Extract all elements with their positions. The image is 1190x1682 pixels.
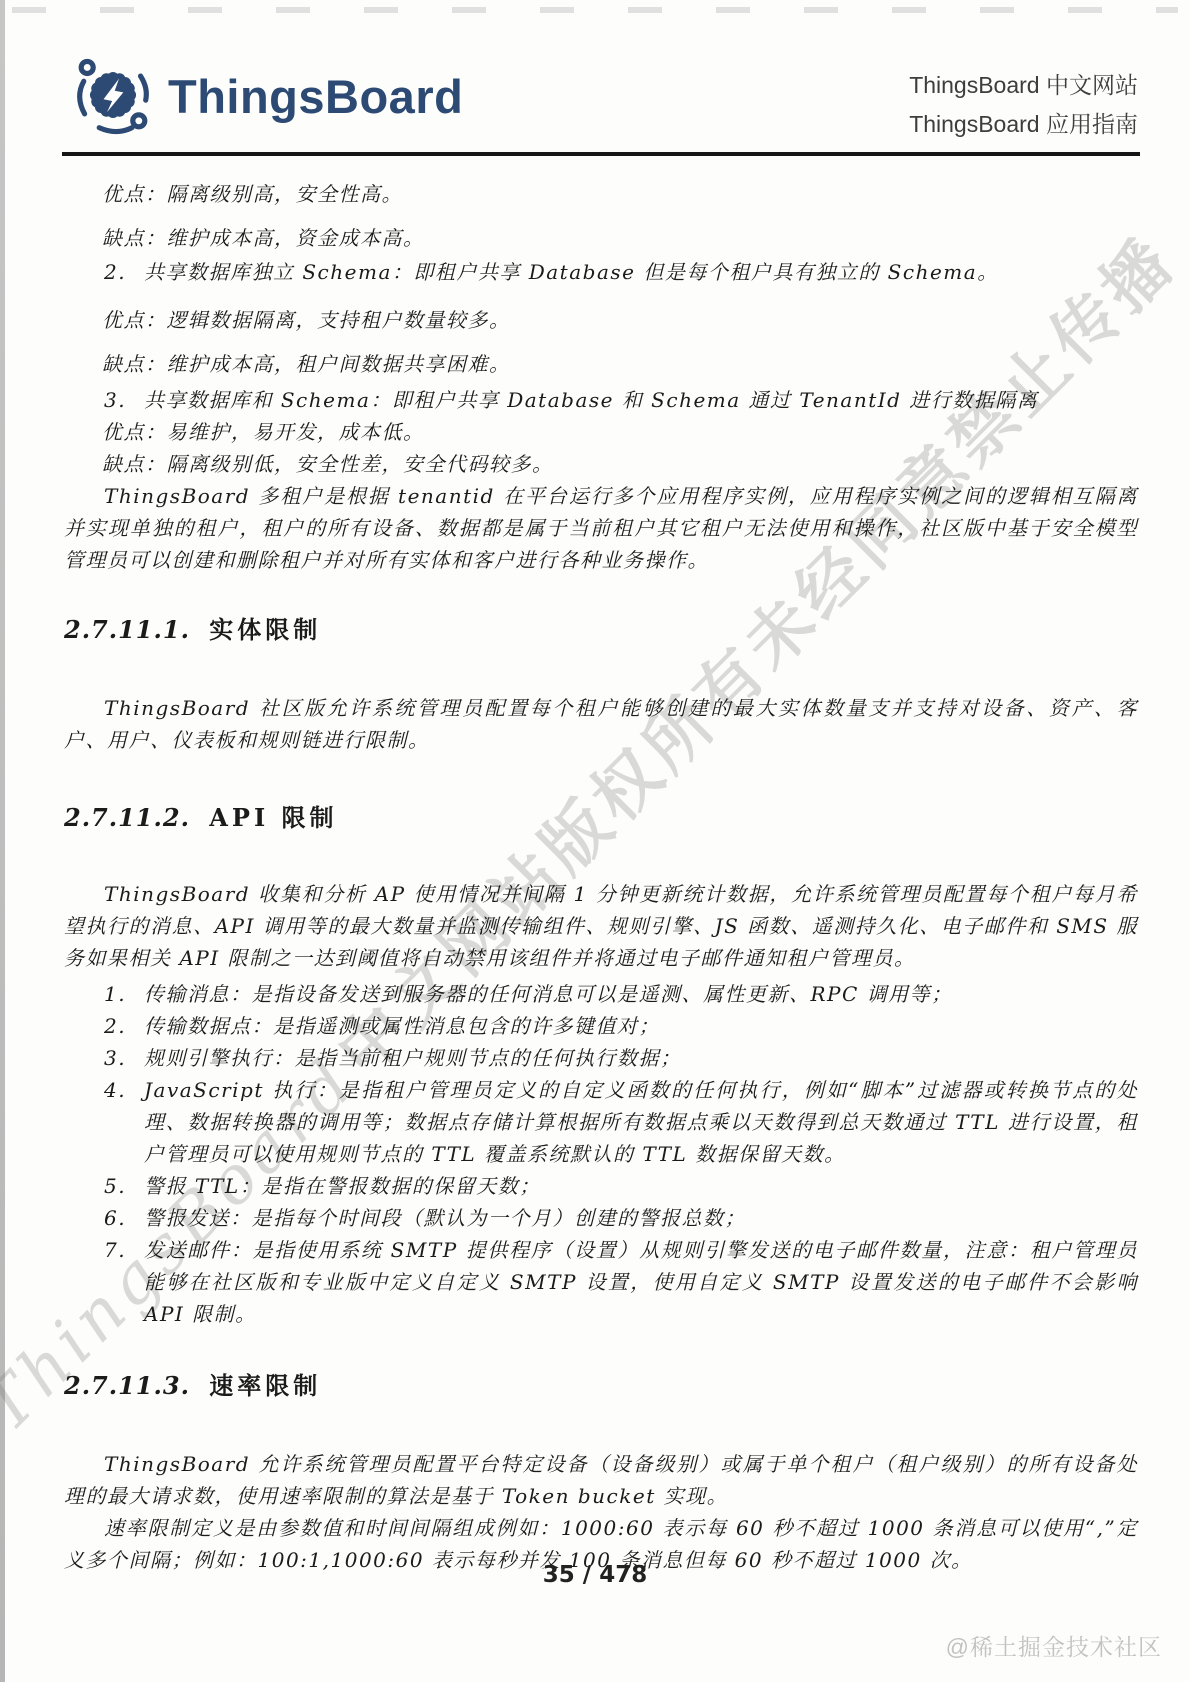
doc-line: 优点：易维护，易开发，成本低。 [64,416,1138,448]
item-text: 传输数据点：是指遥测或属性消息包含的许多键值对； [144,1010,1138,1042]
paragraph: ThingsBoard 多租户是根据 tenantid 在平台运行多个应用程序实… [64,480,1138,576]
list-item: 5. 警报 TTL：是指在警报数据的保留天数； [64,1170,1138,1202]
list-item: 3. 规则引擎执行：是指当前租户规则节点的任何执行数据； [64,1042,1138,1074]
paragraph: ThingsBoard 允许系统管理员配置平台特定设备（设备级别）或属于单个租户… [64,1448,1138,1512]
logo-wordmark: ThingsBoard [168,54,463,140]
heading-number: 2.7.11.3. [64,1371,190,1400]
heading-title: API 限制 [209,803,337,832]
item-text: 发送邮件：是指使用系统 SMTP 提供程序（设置）从规则引擎发送的电子邮件数量，… [144,1234,1138,1330]
heading-number: 2.7.11.1. [64,615,190,644]
list-item: 2. 传输数据点：是指遥测或属性消息包含的许多键值对； [64,1010,1138,1042]
item-text: 共享数据库独立 Schema：即租户共享 Database 但是每个租户具有独立… [144,256,1138,288]
scan-edge-artifact [0,0,5,1682]
doc-line: 优点：逻辑数据隔离，支持租户数量较多。 [64,304,1138,336]
item-number: 5. [104,1170,144,1202]
item-text: 共享数据库和 Schema：即租户共享 Database 和 Schema 通过… [144,384,1138,416]
item-text: 警报发送：是指每个时间段（默认为一个月）创建的警报总数； [144,1202,1138,1234]
thingsboard-logo-icon [70,52,156,142]
section-heading: 2.7.11.1. 实体限制 [64,610,1138,650]
numbered-item: 2. 共享数据库独立 Schema：即租户共享 Database 但是每个租户具… [64,256,1138,288]
doc-line: 缺点：隔离级别低，安全性差，安全代码较多。 [64,448,1138,480]
item-number: 7. [104,1234,144,1330]
doc-line: 缺点：维护成本高，租户间数据共享困难。 [64,348,1138,380]
header-guide-title: ThingsBoard 应用指南 [909,105,1138,144]
heading-number: 2.7.11.2. [64,803,190,832]
item-number: 2. [104,1010,144,1042]
item-number: 1. [104,978,144,1010]
doc-line: 缺点：维护成本高，资金成本高。 [64,222,1138,254]
item-number: 2. [104,256,144,288]
header-site-title: ThingsBoard 中文网站 [909,66,1138,105]
section-heading: 2.7.11.3. 速率限制 [64,1366,1138,1406]
numbered-item: 3. 共享数据库和 Schema：即租户共享 Database 和 Schema… [64,384,1138,416]
document-page: ThingsBoard中文网站版权所有未经同意禁止传播 [0,0,1190,1682]
scan-noise-artifact [12,7,1178,13]
item-text: JavaScript 执行：是指租户管理员定义的自定义函数的任何执行，例如“脚本… [144,1074,1138,1170]
item-number: 3. [104,384,144,416]
list-item: 6. 警报发送：是指每个时间段（默认为一个月）创建的警报总数； [64,1202,1138,1234]
item-number: 6. [104,1202,144,1234]
heading-title: 速率限制 [209,1371,321,1400]
item-number: 4. [104,1074,144,1170]
item-text: 规则引擎执行：是指当前租户规则节点的任何执行数据； [144,1042,1138,1074]
list-item: 4. JavaScript 执行：是指租户管理员定义的自定义函数的任何执行，例如… [64,1074,1138,1170]
heading-title: 实体限制 [209,615,321,644]
item-text: 警报 TTL：是指在警报数据的保留天数； [144,1170,1138,1202]
page-header: ThingsBoard ThingsBoard 中文网站 ThingsBoard… [0,0,1190,144]
community-credit: @稀土掘金技术社区 [946,1629,1162,1662]
page-number: 35 / 478 [0,1562,1190,1588]
list-item: 7. 发送邮件：是指使用系统 SMTP 提供程序（设置）从规则引擎发送的电子邮件… [64,1234,1138,1330]
document-body: 优点：隔离级别高，安全性高。 缺点：维护成本高，资金成本高。 2. 共享数据库独… [0,156,1190,1576]
paragraph: ThingsBoard 收集和分析 AP 使用情况并间隔 1 分钟更新统计数据，… [64,878,1138,974]
paragraph: ThingsBoard 社区版允许系统管理员配置每个租户能够创建的最大实体数量支… [64,692,1138,756]
header-titles: ThingsBoard 中文网站 ThingsBoard 应用指南 [909,66,1138,144]
doc-line: 优点：隔离级别高，安全性高。 [64,178,1138,210]
list-item: 1. 传输消息：是指设备发送到服务器的任何消息可以是遥测、属性更新、RPC 调用… [64,978,1138,1010]
thingsboard-logo: ThingsBoard [70,52,463,142]
section-heading: 2.7.11.2. API 限制 [64,798,1138,838]
item-text: 传输消息：是指设备发送到服务器的任何消息可以是遥测、属性更新、RPC 调用等； [144,978,1138,1010]
item-number: 3. [104,1042,144,1074]
